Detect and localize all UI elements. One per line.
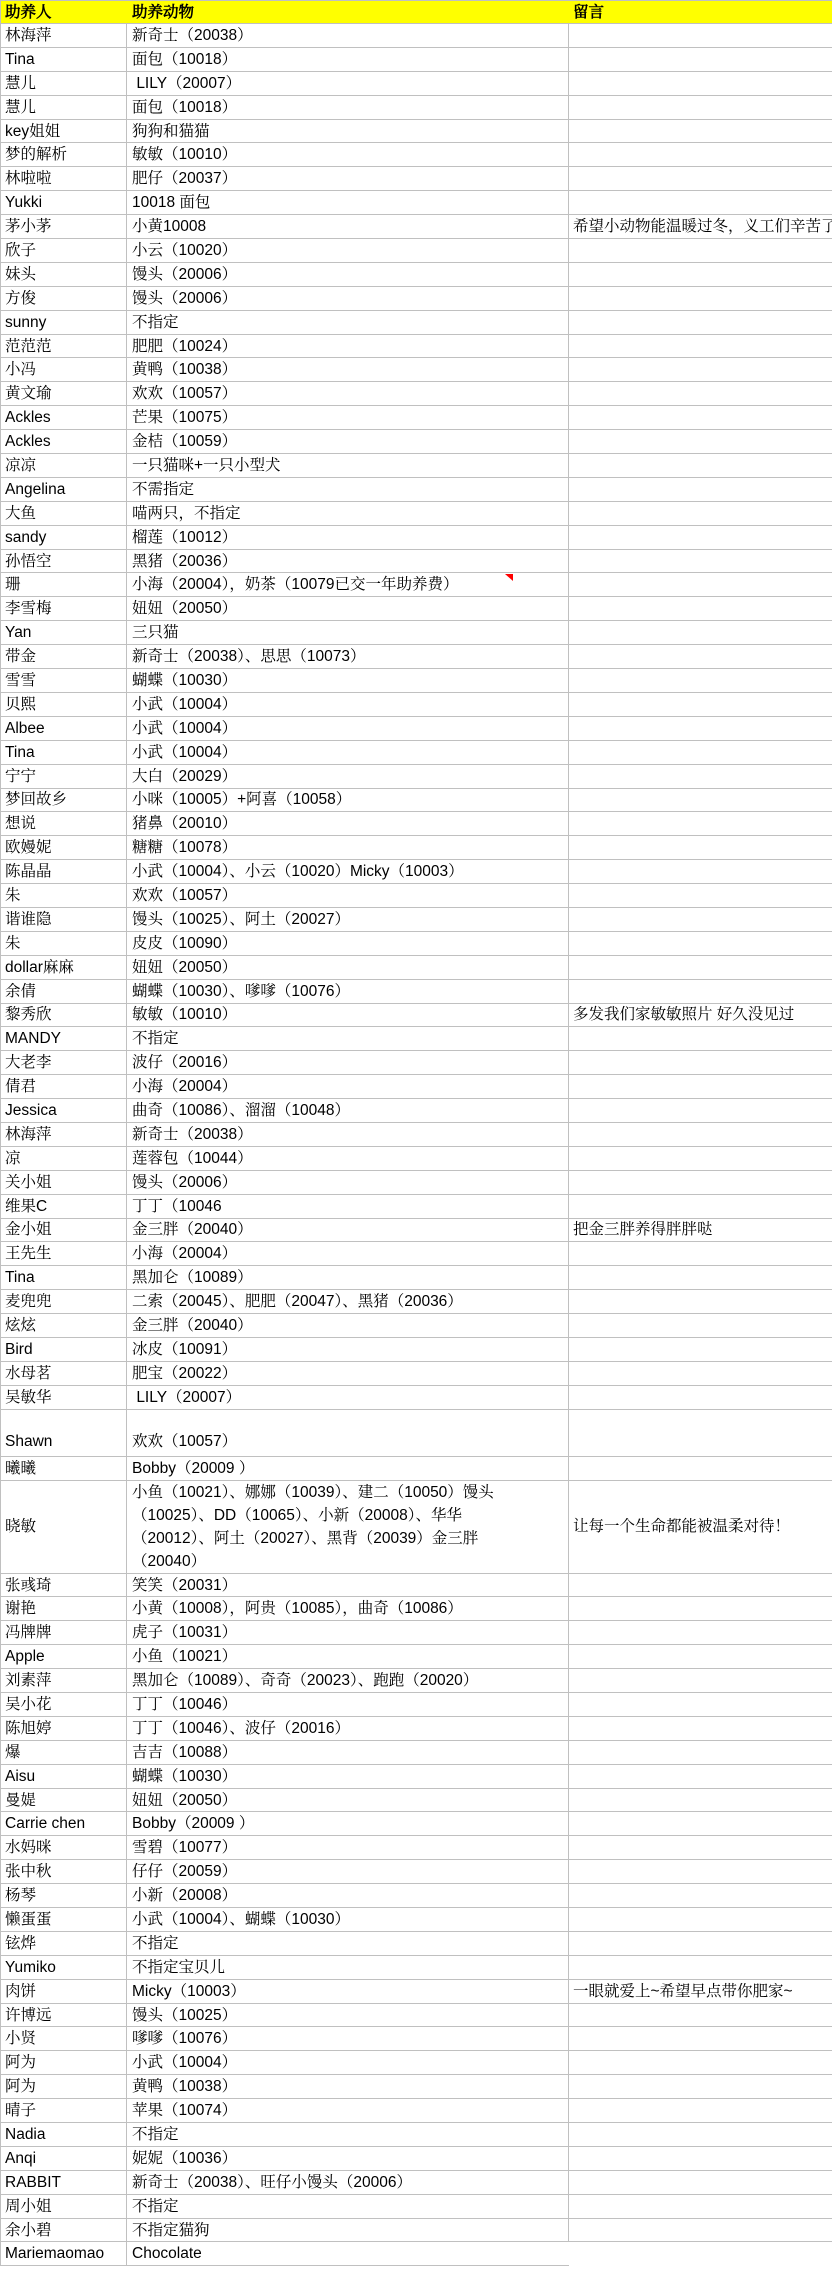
note-cell[interactable]: 一眼就爱上~希望早点带你肥家~: [569, 1980, 832, 2004]
table-row: 黄文瑜 欢欢（10057）: [1, 382, 832, 406]
sponsor-cell[interactable]: 范范范: [1, 335, 127, 359]
sponsor-cell[interactable]: Aisu: [1, 1765, 127, 1789]
table-row: Tina 小武（10004）: [1, 741, 832, 765]
animal-cell[interactable]: 榴莲（10012）: [127, 526, 569, 550]
animal-cell[interactable]: 黄鸭（10038）: [127, 358, 569, 382]
sponsor-cell[interactable]: 王先生: [1, 1242, 127, 1266]
animal-cell[interactable]: 狗狗和猫猫: [127, 120, 569, 144]
sponsor-cell[interactable]: 关小姐: [1, 1171, 127, 1195]
sponsor-cell[interactable]: 爆: [1, 1741, 127, 1765]
note-cell[interactable]: [569, 2099, 832, 2123]
animal-cell[interactable]: 曲奇（10086）、溜溜（10048）: [127, 1099, 569, 1123]
animal-name: 不指定: [132, 1027, 179, 1050]
note-cell[interactable]: [569, 1338, 832, 1362]
note-cell[interactable]: [569, 1645, 832, 1669]
sponsor-cell[interactable]: 慧儿: [1, 72, 127, 96]
note-cell[interactable]: [569, 287, 832, 311]
animal-cell[interactable]: 小海（20004）: [127, 1075, 569, 1099]
sponsor-cell[interactable]: 余小碧: [1, 2219, 127, 2243]
note-cell[interactable]: [569, 1457, 832, 1481]
table-row: 欧嫚妮 糖糖（10078）: [1, 836, 832, 860]
animal-cell[interactable]: 莲蓉包（10044）: [127, 1147, 569, 1171]
sponsor-cell[interactable]: 孙悟空: [1, 550, 127, 574]
sponsor-cell[interactable]: 梦的解析: [1, 143, 127, 167]
sponsor-cell[interactable]: 雪雪: [1, 669, 127, 693]
sponsor-cell[interactable]: Tina: [1, 1266, 127, 1290]
note-cell[interactable]: [569, 263, 832, 287]
animal-cell[interactable]: 面包（10018）: [127, 96, 569, 120]
animal-cell[interactable]: 丁丁（10046）: [127, 1693, 569, 1717]
note-cell[interactable]: 让每一个生命都能被温柔对待！: [569, 1481, 832, 1574]
sponsor-cell[interactable]: 方俊: [1, 287, 127, 311]
note-cell[interactable]: [569, 1410, 832, 1457]
animal-cell[interactable]: 小新（20008）: [127, 1884, 569, 1908]
note-cell[interactable]: [569, 1290, 832, 1314]
note-cell[interactable]: [569, 550, 832, 574]
note-cell[interactable]: [569, 908, 832, 932]
animal-cell[interactable]: 不指定: [127, 1027, 569, 1051]
animal-cell[interactable]: 敏敏（10010）: [127, 1004, 569, 1028]
animal-cell[interactable]: 欢欢（10057）: [127, 1410, 569, 1457]
note-cell[interactable]: [569, 1314, 832, 1338]
sponsor-cell[interactable]: 倩君: [1, 1075, 127, 1099]
note-cell[interactable]: [569, 1123, 832, 1147]
note-cell[interactable]: [569, 1147, 832, 1171]
note-cell[interactable]: [569, 430, 832, 454]
animal-cell[interactable]: 金桔（10059）: [127, 430, 569, 454]
animal-cell[interactable]: 小海（20004），奶茶（10079已交一年助养费）: [127, 573, 569, 597]
animal-cell[interactable]: 波仔（20016）: [127, 1051, 569, 1075]
sponsor-name: Mariemaomao: [5, 2242, 104, 2265]
note-cell[interactable]: [569, 96, 832, 120]
sponsor-cell[interactable]: 谐谁隐: [1, 908, 127, 932]
sponsor-cell[interactable]: Yan: [1, 621, 127, 645]
sponsor-cell[interactable]: 林海萍: [1, 24, 127, 48]
animal-cell[interactable]: 仔仔（20059）: [127, 1860, 569, 1884]
animal-cell[interactable]: 新奇士（20038）: [127, 1123, 569, 1147]
animal-cell[interactable]: 肥肥（10024）: [127, 335, 569, 359]
note-cell[interactable]: [569, 2051, 832, 2075]
sponsor-cell[interactable]: 珊: [1, 573, 127, 597]
sponsor-cell[interactable]: 阿为: [1, 2075, 127, 2099]
animal-cell[interactable]: LILY（20007）: [127, 1386, 569, 1410]
animal-cell[interactable]: 妮妮（10036）: [127, 2147, 569, 2171]
animal-cell[interactable]: 妞妞（20050）: [127, 1789, 569, 1813]
sponsor-cell[interactable]: 朱: [1, 932, 127, 956]
sponsor-cell[interactable]: 曼媞: [1, 1789, 127, 1813]
sponsor-cell[interactable]: 茅小茅: [1, 215, 127, 239]
sponsor-cell[interactable]: Carrie chen: [1, 1812, 127, 1836]
animal-name: 吉吉（10088）: [132, 1741, 237, 1764]
animal-cell[interactable]: 虎子（10031）: [127, 1621, 569, 1645]
animal-cell[interactable]: 蝴蝶（10030）: [127, 1765, 569, 1789]
sponsor-cell[interactable]: Angelina: [1, 478, 127, 502]
note-cell[interactable]: [569, 1860, 832, 1884]
animal-cell[interactable]: Bobby（20009 ）: [127, 1457, 569, 1481]
animal-cell[interactable]: 面包（10018）: [127, 48, 569, 72]
note-cell[interactable]: [569, 2027, 832, 2051]
sponsor-cell[interactable]: 欣子: [1, 239, 127, 263]
note-cell[interactable]: [569, 311, 832, 335]
note-cell[interactable]: [569, 1741, 832, 1765]
sponsor-cell[interactable]: Ackles: [1, 406, 127, 430]
animal-cell[interactable]: 妞妞（20050）: [127, 597, 569, 621]
sponsor-cell[interactable]: 金小姐: [1, 1219, 127, 1243]
note-cell[interactable]: [569, 621, 832, 645]
animal-cell[interactable]: 喵两只，不指定: [127, 502, 569, 526]
sponsor-cell[interactable]: 大老李: [1, 1051, 127, 1075]
note-cell[interactable]: [569, 2195, 832, 2219]
note-cell[interactable]: [569, 1693, 832, 1717]
animal-name: 金三胖（20040）: [132, 1218, 253, 1241]
animal-cell[interactable]: 丁丁（10046: [127, 1195, 569, 1219]
sponsor-cell[interactable]: 刘素萍: [1, 1669, 127, 1693]
sponsor-cell[interactable]: 周小姐: [1, 2195, 127, 2219]
note-cell[interactable]: [569, 573, 832, 597]
animal-cell[interactable]: 妞妞（20050）: [127, 956, 569, 980]
animal-cell[interactable]: 小武（10004）: [127, 741, 569, 765]
sponsor-cell[interactable]: 炫炫: [1, 1314, 127, 1338]
animal-cell[interactable]: 肥宝（20022）: [127, 1362, 569, 1386]
animal-cell[interactable]: 新奇士（20038）: [127, 24, 569, 48]
animal-cell[interactable]: 小海（20004）: [127, 1242, 569, 1266]
note-cell[interactable]: [569, 24, 832, 48]
note-cell[interactable]: [569, 2004, 832, 2028]
animal-cell[interactable]: 不指定宝贝儿: [127, 1956, 569, 1980]
sponsor-cell[interactable]: MANDY: [1, 1027, 127, 1051]
sponsor-cell[interactable]: 晴子: [1, 2099, 127, 2123]
note-cell[interactable]: [569, 72, 832, 96]
note-cell[interactable]: [569, 1051, 832, 1075]
header-cell-animal[interactable]: 助养动物: [127, 1, 569, 24]
note-cell[interactable]: [569, 2147, 832, 2171]
note-cell[interactable]: [569, 1171, 832, 1195]
sponsor-cell[interactable]: sandy: [1, 526, 127, 550]
table-row: 小冯 黄鸭（10038）: [1, 358, 832, 382]
header-cell-sponsor[interactable]: 助养人: [1, 1, 127, 24]
note-cell[interactable]: [569, 1932, 832, 1956]
sponsor-cell[interactable]: 张彧琦: [1, 1574, 127, 1598]
sponsor-cell[interactable]: Mariemaomao: [1, 2242, 127, 2266]
note-cell[interactable]: [569, 812, 832, 836]
animal-cell[interactable]: 小鱼（10021）: [127, 1645, 569, 1669]
note-cell[interactable]: [569, 406, 832, 430]
sponsor-cell[interactable]: 冯牌牌: [1, 1621, 127, 1645]
animal-cell[interactable]: 笑笑（20031）: [127, 1574, 569, 1598]
note-cell[interactable]: [569, 765, 832, 789]
note-cell[interactable]: [569, 597, 832, 621]
sponsor-cell[interactable]: 宁宁: [1, 765, 127, 789]
note-cell[interactable]: [569, 1195, 832, 1219]
animal-cell[interactable]: 小黄10008: [127, 215, 569, 239]
sponsor-cell[interactable]: 肉饼: [1, 1980, 127, 2004]
animal-cell[interactable]: LILY（20007）: [127, 72, 569, 96]
note-cell[interactable]: [569, 526, 832, 550]
note-cell[interactable]: [569, 884, 832, 908]
sponsor-cell[interactable]: Apple: [1, 1645, 127, 1669]
animal-cell[interactable]: 新奇士（20038）、旺仔小馒头（20006）: [127, 2171, 569, 2195]
note-cell[interactable]: [569, 1956, 832, 1980]
note-cell[interactable]: [569, 2219, 832, 2243]
note-cell[interactable]: [569, 2171, 832, 2195]
sponsor-cell[interactable]: Yukki: [1, 191, 127, 215]
note-cell[interactable]: [569, 932, 832, 956]
note-cell[interactable]: [569, 741, 832, 765]
animal-cell[interactable]: 馒头（10025）、阿土（20027）: [127, 908, 569, 932]
sponsor-cell[interactable]: 晓敏: [1, 1481, 127, 1574]
sponsor-cell[interactable]: 黎秀欣: [1, 1004, 127, 1028]
sponsor-cell[interactable]: 水妈咪: [1, 1836, 127, 1860]
sponsor-cell[interactable]: 小冯: [1, 358, 127, 382]
note-cell[interactable]: [569, 2075, 832, 2099]
note-cell[interactable]: [569, 1386, 832, 1410]
sponsor-cell[interactable]: 懒蛋蛋: [1, 1908, 127, 1932]
sponsor-cell[interactable]: 吴小花: [1, 1693, 127, 1717]
animal-cell[interactable]: 小黄（10008），阿贵（10085），曲奇（10086）: [127, 1597, 569, 1621]
animal-cell[interactable]: 三只猫: [127, 621, 569, 645]
sponsor-cell[interactable]: 小贤: [1, 2027, 127, 2051]
animal-cell[interactable]: 雪碧（10077）: [127, 1836, 569, 1860]
note-cell[interactable]: [569, 191, 832, 215]
sponsor-cell[interactable]: 许博远: [1, 2004, 127, 2028]
animal-name: 肥肥（10024）: [132, 335, 237, 358]
note-cell[interactable]: 希望小动物能温暖过冬，义工们辛苦了: [569, 215, 832, 239]
sponsor-cell[interactable]: Tina: [1, 741, 127, 765]
note-cell[interactable]: [569, 1812, 832, 1836]
animal-cell[interactable]: Bobby（20009 ）: [127, 1812, 569, 1836]
sponsor-cell[interactable]: 黄文瑜: [1, 382, 127, 406]
sponsor-cell[interactable]: 张中秋: [1, 1860, 127, 1884]
sponsor-cell[interactable]: dollar麻麻: [1, 956, 127, 980]
sponsor-cell[interactable]: key姐姐: [1, 120, 127, 144]
sponsor-cell[interactable]: 大鱼: [1, 502, 127, 526]
animal-cell[interactable]: 欢欢（10057）: [127, 884, 569, 908]
table-row: 张彧琦 笑笑（20031）: [1, 1574, 832, 1598]
header-cell-note[interactable]: 留言: [569, 1, 832, 24]
note-cell[interactable]: [569, 335, 832, 359]
animal-cell[interactable]: 蝴蝶（10030）、嗲嗲（10076）: [127, 980, 569, 1004]
note-cell[interactable]: [569, 1027, 832, 1051]
animal-cell[interactable]: 新奇士（20038）、思思（10073）: [127, 645, 569, 669]
sponsor-cell[interactable]: 凉: [1, 1147, 127, 1171]
animal-cell[interactable]: 大白（20029）: [127, 765, 569, 789]
animal-name: 笑笑（20031）: [132, 1574, 237, 1597]
note-cell[interactable]: [569, 478, 832, 502]
sponsor-cell[interactable]: 妹头: [1, 263, 127, 287]
note-cell[interactable]: [569, 1099, 832, 1123]
sponsor-cell[interactable]: 林啦啦: [1, 167, 127, 191]
note-cell[interactable]: [569, 48, 832, 72]
sponsor-cell[interactable]: Shawn: [1, 1410, 127, 1457]
note-cell[interactable]: [569, 1908, 832, 1932]
note-cell[interactable]: [569, 239, 832, 263]
animal-cell[interactable]: 一只猫咪+一只小型犬: [127, 454, 569, 478]
animal-cell[interactable]: 小武（10004）: [127, 717, 569, 741]
animal-name: 妮妮（10036）: [132, 2147, 237, 2170]
animal-cell[interactable]: 欢欢（10057）: [127, 382, 569, 406]
animal-cell[interactable]: 小武（10004）、小云（10020）Micky（10003）: [127, 860, 569, 884]
note-cell[interactable]: [569, 143, 832, 167]
animal-cell[interactable]: 黑加仑（10089）、奇奇（20023）、跑跑（20020）: [127, 1669, 569, 1693]
sponsor-cell[interactable]: 贝熙: [1, 693, 127, 717]
note-cell[interactable]: [569, 167, 832, 191]
animal-cell[interactable]: 丁丁（10046）、波仔（20016）: [127, 1717, 569, 1741]
sponsor-cell[interactable]: 林海萍: [1, 1123, 127, 1147]
table-row: 方俊 馒头（20006）: [1, 287, 832, 311]
animal-cell[interactable]: 不指定: [127, 311, 569, 335]
animal-cell[interactable]: 小武（10004）: [127, 693, 569, 717]
note-cell[interactable]: [569, 956, 832, 980]
note-cell[interactable]: [569, 1717, 832, 1741]
animal-cell[interactable]: 皮皮（10090）: [127, 932, 569, 956]
sponsor-name: 陈旭婷: [5, 1717, 52, 1740]
animal-cell[interactable]: 糖糖（10078）: [127, 836, 569, 860]
animal-cell[interactable]: 金三胖（20040）: [127, 1314, 569, 1338]
animal-name: 馒头（10025）、阿土（20027）: [132, 908, 350, 931]
note-cell[interactable]: [569, 717, 832, 741]
note-cell[interactable]: [569, 1789, 832, 1813]
note-cell[interactable]: [569, 454, 832, 478]
sponsor-name: 欧嫚妮: [5, 836, 52, 859]
sponsor-cell[interactable]: 阿为: [1, 2051, 127, 2075]
sponsor-cell[interactable]: 麦兜兜: [1, 1290, 127, 1314]
sponsor-cell[interactable]: 谢艳: [1, 1597, 127, 1621]
note-cell[interactable]: [569, 1075, 832, 1099]
animal-cell[interactable]: 黑加仑（10089）: [127, 1266, 569, 1290]
animal-cell[interactable]: 馒头（20006）: [127, 263, 569, 287]
animal-cell[interactable]: 黑猪（20036）: [127, 550, 569, 574]
animal-cell[interactable]: 嗲嗲（10076）: [127, 2027, 569, 2051]
animal-cell[interactable]: 不指定: [127, 1932, 569, 1956]
animal-cell[interactable]: 冰皮（10091）: [127, 1338, 569, 1362]
sponsor-cell[interactable]: 曦曦: [1, 1457, 127, 1481]
animal-cell[interactable]: 猪鼻（20010）: [127, 812, 569, 836]
note-cell[interactable]: [569, 1621, 832, 1645]
sponsor-cell[interactable]: 陈旭婷: [1, 1717, 127, 1741]
note-cell[interactable]: [569, 1242, 832, 1266]
animal-cell[interactable]: 黄鸭（10038）: [127, 2075, 569, 2099]
animal-cell[interactable]: Chocolate: [127, 2242, 569, 2266]
animal-name: 虎子（10031）: [132, 1621, 237, 1644]
table-row: 金小姐 金三胖（20040） 把金三胖养得胖胖哒: [1, 1219, 832, 1243]
table-row: 林海萍 新奇士（20038）: [1, 1123, 832, 1147]
note-cell[interactable]: [569, 1574, 832, 1598]
note-cell[interactable]: [569, 1884, 832, 1908]
animal-cell[interactable]: 馒头（20006）: [127, 1171, 569, 1195]
animal-cell[interactable]: 吉吉（10088）: [127, 1741, 569, 1765]
animal-cell[interactable]: 肥仔（20037）: [127, 167, 569, 191]
sponsor-cell[interactable]: 维果C: [1, 1195, 127, 1219]
note-cell[interactable]: [569, 980, 832, 1004]
animal-cell[interactable]: 小武（10004）: [127, 2051, 569, 2075]
sponsor-cell[interactable]: Yumiko: [1, 1956, 127, 1980]
note-cell[interactable]: [569, 358, 832, 382]
sponsor-name: key姐姐: [5, 120, 60, 143]
note-cell[interactable]: [569, 1669, 832, 1693]
animal-name: 小武（10004）: [132, 741, 237, 764]
sponsor-cell[interactable]: 铉烨: [1, 1932, 127, 1956]
animal-cell[interactable]: Micky（10003）: [127, 1980, 569, 2004]
sponsor-cell[interactable]: Jessica: [1, 1099, 127, 1123]
sponsor-cell[interactable]: 吴敏华: [1, 1386, 127, 1410]
note-cell[interactable]: [569, 789, 832, 813]
sponsor-cell[interactable]: Ackles: [1, 430, 127, 454]
animal-cell[interactable]: 馒头（10025）: [127, 2004, 569, 2028]
note-cell[interactable]: [569, 502, 832, 526]
sponsor-cell[interactable]: 水母茗: [1, 1362, 127, 1386]
animal-cell[interactable]: 馒头（20006）: [127, 287, 569, 311]
animal-cell[interactable]: 二索（20045）、肥肥（20047）、黑猪（20036）: [127, 1290, 569, 1314]
sponsor-cell[interactable]: Albee: [1, 717, 127, 741]
sponsor-cell[interactable]: 想说: [1, 812, 127, 836]
note-cell[interactable]: [569, 1597, 832, 1621]
animal-cell[interactable]: 敏敏（10010）: [127, 143, 569, 167]
note-cell[interactable]: [569, 693, 832, 717]
animal-cell[interactable]: 不需指定: [127, 478, 569, 502]
note-cell[interactable]: [569, 120, 832, 144]
sponsor-cell[interactable]: Anqi: [1, 2147, 127, 2171]
note-cell[interactable]: [569, 382, 832, 406]
note-cell[interactable]: [569, 836, 832, 860]
note-cell[interactable]: [569, 1765, 832, 1789]
animal-cell[interactable]: 蝴蝶（10030）: [127, 669, 569, 693]
note-cell[interactable]: [569, 645, 832, 669]
animal-cell[interactable]: 苹果（10074）: [127, 2099, 569, 2123]
note-cell[interactable]: [569, 669, 832, 693]
sponsor-cell[interactable]: 欧嫚妮: [1, 836, 127, 860]
animal-cell[interactable]: 小武（10004）、蝴蝶（10030）: [127, 1908, 569, 1932]
sponsor-cell[interactable]: Nadia: [1, 2123, 127, 2147]
animal-name: 猪鼻（20010）: [132, 812, 237, 835]
table-row: 凉 莲蓉包（10044）: [1, 1147, 832, 1171]
sponsor-cell[interactable]: RABBIT: [1, 2171, 127, 2195]
note-cell[interactable]: [569, 2123, 832, 2147]
sponsor-cell[interactable]: 朱: [1, 884, 127, 908]
animal-cell[interactable]: 不指定猫狗: [127, 2219, 569, 2243]
sponsor-cell[interactable]: 梦回故乡: [1, 789, 127, 813]
sponsor-cell[interactable]: 李雪梅: [1, 597, 127, 621]
note-cell[interactable]: [569, 1836, 832, 1860]
sponsor-cell[interactable]: 带金: [1, 645, 127, 669]
sponsor-cell[interactable]: Bird: [1, 1338, 127, 1362]
sponsor-cell[interactable]: Tina: [1, 48, 127, 72]
note-cell[interactable]: [569, 1362, 832, 1386]
sponsor-cell[interactable]: 慧儿: [1, 96, 127, 120]
note-cell[interactable]: 多发我们家敏敏照片 好久没见过: [569, 1004, 832, 1028]
sponsor-cell[interactable]: sunny: [1, 311, 127, 335]
animal-cell[interactable]: 10018 面包: [127, 191, 569, 215]
animal-cell[interactable]: 小咪（10005）+阿喜（10058）: [127, 789, 569, 813]
animal-cell[interactable]: 小鱼（10021）、娜娜（10039）、建二（10050）馒头 （10025）、…: [127, 1481, 569, 1574]
animal-name: 嗲嗲（10076）: [132, 2027, 237, 2050]
animal-cell[interactable]: 金三胖（20040）: [127, 1219, 569, 1243]
note-cell[interactable]: [569, 2242, 832, 2266]
sponsor-cell[interactable]: 凉凉: [1, 454, 127, 478]
note-cell[interactable]: 把金三胖养得胖胖哒: [569, 1219, 832, 1243]
animal-cell[interactable]: 芒果（10075）: [127, 406, 569, 430]
animal-cell[interactable]: 小云（10020）: [127, 239, 569, 263]
sponsor-cell[interactable]: 杨琴: [1, 1884, 127, 1908]
sponsor-cell[interactable]: 陈晶晶: [1, 860, 127, 884]
note-cell[interactable]: [569, 1266, 832, 1290]
animal-name: 金三胖（20040）: [132, 1314, 253, 1337]
animal-cell[interactable]: 不指定: [127, 2123, 569, 2147]
note-cell[interactable]: [569, 860, 832, 884]
sponsor-cell[interactable]: 余倩: [1, 980, 127, 1004]
table-row: 宁宁 大白（20029）: [1, 765, 832, 789]
animal-name: 不指定: [132, 2123, 179, 2146]
animal-cell[interactable]: 不指定: [127, 2195, 569, 2219]
